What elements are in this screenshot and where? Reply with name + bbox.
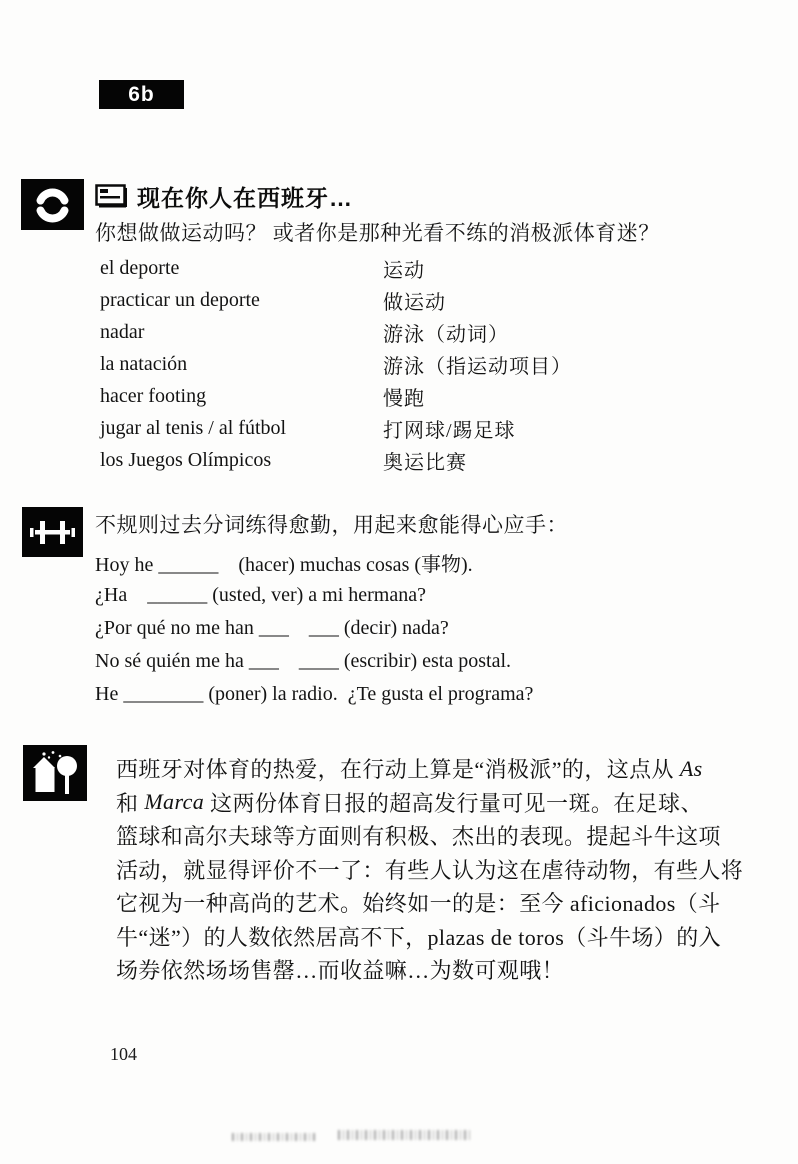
- exercise-sentence: ¿Ha ______ (usted, ver) a mi hermana?: [95, 579, 533, 612]
- vocab-row: hacer footing慢跑: [100, 380, 572, 412]
- culture-text: 这两份体育日报的超高发行量可见一斑。在足球、: [204, 787, 703, 818]
- vocab-chinese-gloss: 运动: [383, 254, 425, 283]
- vocab-section-title: 现在你人在西班牙…: [137, 180, 353, 213]
- culture-paragraph: 西班牙对体育的热爱，在行动上算是“消极派”的，这点从 As和 Marca 这两份…: [116, 752, 743, 987]
- vocab-row: la natación游泳（指运动项目）: [100, 348, 572, 380]
- exercise-sentence: He ________ (poner) la radio. ¿Te gusta …: [95, 678, 533, 711]
- scan-artifact: [232, 1133, 318, 1141]
- vocab-spanish-term: los Juegos Olímpicos: [100, 449, 383, 472]
- exercise-sentence: No sé quién me ha ___ ____ (escribir) es…: [95, 645, 533, 678]
- house-tree-glyph: [29, 750, 81, 796]
- scanned-textbook-page: 6b 现在你人在西班牙… 你想做做运动吗？ 或者你是那种光看不练的消极派体育迷？…: [0, 0, 798, 1164]
- vocab-row: los Juegos Olímpicos奥运比赛: [100, 444, 572, 476]
- culture-paragraph-line: 它视为一种高尚的艺术。始终如一的是：至今 aficionados（斗: [116, 886, 743, 920]
- dumbbell-glyph: [28, 516, 77, 548]
- culture-paragraph-line: 西班牙对体育的热爱，在行动上算是“消极派”的，这点从 As: [116, 752, 743, 786]
- vocab-chinese-gloss: 慢跑: [383, 382, 425, 411]
- vocab-spanish-term: practicar un deporte: [100, 289, 383, 312]
- culture-text: 活动，就显得评价不一了：有些人认为这在虐待动物，有些人将: [116, 854, 743, 885]
- culture-text: 西班牙对体育的热爱，在行动上算是“消极派”的，这点从: [116, 753, 680, 784]
- postcard-icon: [95, 184, 128, 208]
- scan-artifact: [338, 1130, 472, 1140]
- vocab-row: jugar al tenis / al fútbol打网球/踢足球: [100, 412, 572, 444]
- exercise-heading: 不规则过去分词练得愈勤，用起来愈能得心应手：: [95, 509, 568, 539]
- italic-foreign-word: Marca: [144, 789, 204, 815]
- culture-text: 牛“迷”）的人数依然居高不下，plazas de toros（斗牛场）的入: [116, 921, 721, 952]
- vocab-spanish-term: hacer footing: [100, 385, 383, 408]
- vocab-spanish-term: el deporte: [100, 257, 383, 280]
- vocab-chinese-gloss: 游泳（指运动项目）: [383, 350, 572, 379]
- culture-text: 场券依然场场售罄…而收益嘛…为数可观哦！: [116, 954, 564, 985]
- culture-paragraph-line: 牛“迷”）的人数依然居高不下，plazas de toros（斗牛场）的入: [116, 920, 743, 954]
- exercise-list: Hoy he ______ (hacer) muchas cosas (事物).…: [95, 546, 533, 711]
- exercise-sentence: ¿Por qué no me han ___ ___ (decir) nada?: [95, 612, 533, 645]
- vocab-chinese-gloss: 奥运比赛: [383, 446, 467, 475]
- unit-tag-label: 6b: [128, 83, 155, 107]
- dumbbell-icon: [22, 507, 83, 557]
- culture-text: 篮球和高尔夫球等方面则有积极、杰出的表现。提起斗牛这项: [116, 820, 721, 851]
- vocab-list: el deporte运动practicar un deporte做运动nadar…: [100, 252, 572, 476]
- vocab-row: practicar un deporte做运动: [100, 284, 572, 316]
- unit-tag: 6b: [99, 80, 184, 109]
- vocab-spanish-term: la natación: [100, 353, 383, 376]
- vocab-row: nadar游泳（动词）: [100, 316, 572, 348]
- culture-paragraph-line: 场券依然场场售罄…而收益嘛…为数可观哦！: [116, 953, 743, 987]
- vocab-section-header: 现在你人在西班牙…: [95, 180, 353, 212]
- vocab-chinese-gloss: 游泳（动词）: [383, 318, 509, 347]
- culture-text: 和: [116, 787, 144, 818]
- culture-text: 它视为一种高尚的艺术。始终如一的是：至今 aficionados（斗: [116, 887, 721, 918]
- culture-paragraph-line: 活动，就显得评价不一了：有些人认为这在虐待动物，有些人将: [116, 853, 743, 887]
- exercise-sentence: Hoy he ______ (hacer) muchas cosas (事物).: [95, 546, 533, 579]
- page-number: 104: [110, 1044, 137, 1065]
- italic-foreign-word: As: [680, 756, 703, 782]
- circular-arcs-icon: [21, 179, 84, 230]
- vocab-spanish-term: nadar: [100, 321, 383, 344]
- vocab-chinese-gloss: 打网球/踢足球: [383, 414, 516, 443]
- vocab-chinese-gloss: 做运动: [383, 286, 446, 315]
- culture-paragraph-line: 和 Marca 这两份体育日报的超高发行量可见一斑。在足球、: [116, 786, 743, 820]
- vocab-row: el deporte运动: [100, 252, 572, 284]
- vocab-section-subtitle: 你想做做运动吗？ 或者你是那种光看不练的消极派体育迷？: [95, 217, 660, 247]
- house-tree-icon: [23, 745, 87, 801]
- culture-paragraph-line: 篮球和高尔夫球等方面则有积极、杰出的表现。提起斗牛这项: [116, 819, 743, 853]
- vocab-spanish-term: jugar al tenis / al fútbol: [100, 417, 383, 440]
- circular-arcs-glyph: [29, 185, 76, 225]
